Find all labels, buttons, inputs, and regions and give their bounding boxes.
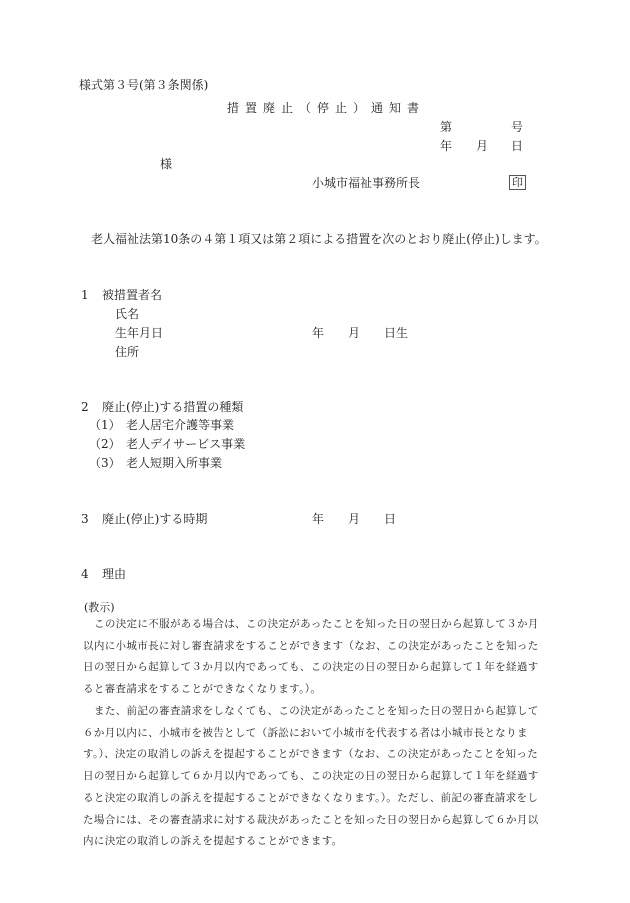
- date-month-label: 月: [476, 139, 488, 153]
- document-title: 措置廃止（停止）通知書: [227, 101, 425, 115]
- address-label: 住所: [115, 345, 139, 359]
- intro-statement: 老人福祉法第10条の４第１項又は第２項による措置を次のとおり廃止(停止)します。: [91, 232, 547, 246]
- section4-heading: 理由: [102, 567, 126, 581]
- form-number: 様式第３号(第３条関係): [79, 78, 208, 92]
- date-year-label: 年: [440, 139, 452, 153]
- name-label: 氏名: [115, 307, 139, 321]
- section2-number: 2: [81, 400, 89, 414]
- doc-number-prefix: 第: [440, 120, 452, 134]
- seal-mark: 印: [509, 175, 526, 190]
- addressee-suffix: 様: [160, 157, 172, 171]
- period-month-label: 月: [348, 512, 360, 526]
- birth-month-label: 月: [348, 326, 360, 340]
- measure-item-3-label: 老人短期入所事業: [126, 456, 222, 470]
- section4-number: 4: [81, 567, 89, 581]
- measure-item-2-number: （2）: [89, 437, 121, 451]
- period-year-label: 年: [312, 512, 324, 526]
- period-day-label: 日: [384, 512, 396, 526]
- section3-number: 3: [81, 512, 89, 526]
- measure-item-3-number: （3）: [89, 456, 121, 470]
- notice-paragraph-1: この決定に不服がある場合は、この決定があったことを知った日の翌日から起算して３か…: [83, 614, 545, 701]
- section1-heading: 被措置者名: [102, 288, 162, 302]
- birth-year-label: 年: [312, 326, 324, 340]
- issuer-name: 小城市福祉事務所長: [312, 176, 420, 190]
- measure-item-1-label: 老人居宅介護等事業: [126, 418, 234, 432]
- date-day-label: 日: [511, 139, 523, 153]
- notice-paragraph-2: また、前記の審査請求をしなくても、この決定があったことを知った日の翌日から起算し…: [83, 701, 545, 853]
- birth-day-label: 日生: [384, 326, 408, 340]
- notice-label: (教示): [84, 601, 115, 615]
- section1-number: 1: [81, 288, 89, 302]
- measure-item-2-label: 老人デイサービス事業: [126, 437, 245, 451]
- measure-item-1-number: （1）: [89, 418, 121, 432]
- section3-heading: 廃止(停止)する時期: [102, 512, 207, 526]
- section2-heading: 廃止(停止)する措置の種類: [102, 400, 243, 414]
- birthdate-label: 生年月日: [115, 326, 163, 340]
- doc-number-suffix: 号: [511, 120, 523, 134]
